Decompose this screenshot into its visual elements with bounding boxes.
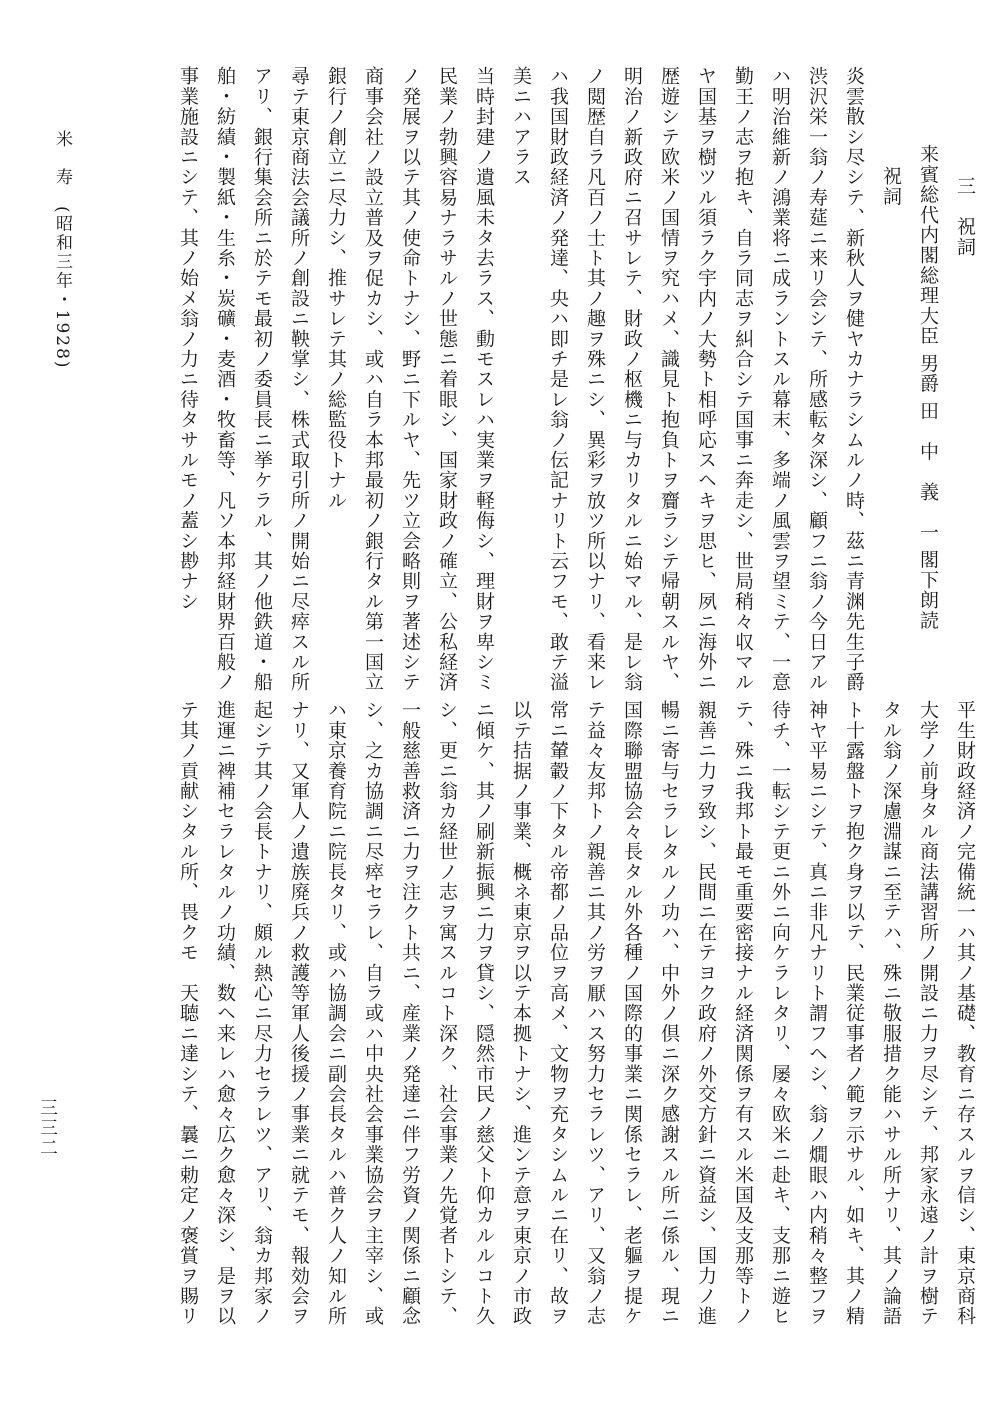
section-title: 三 祝詞	[946, 66, 983, 686]
text-column: 事業施設ニシテ、其ノ始メ翁ノ力ニ待タサルモノ蓋シ尠ナシ	[169, 66, 206, 686]
text-column: 待チ、一転シテ更ニ外ニ向ケラレタリ、屡々欧米ニ赴キ、支那ニ遊ヒ	[761, 700, 798, 1340]
text-column: シ、之カ協調ニ尽瘁セラレ、自ラ或ハ中央社会事業協会ヲ主宰シ、或	[354, 700, 391, 1340]
running-header: 米 寿 (昭和三年・1928)	[50, 130, 75, 370]
speaker-line: 来賓総代内閣総理大臣 男爵 田 中 義 一 閣下朗読	[909, 66, 946, 686]
page-number: 三三二	[34, 1098, 60, 1158]
text-column: 神ヤ平易ニシテ、真ニ非凡ナリト謂フヘシ、翁ノ燗眼ハ内稍々整フヲ	[798, 700, 835, 1340]
text-column: 大学ノ前身タル商法講習所ノ開設ニ力ヲ尽シテ、邦家永遠ノ計ヲ樹テ	[909, 700, 946, 1340]
text-column: 常ニ輦轂ノ下タル帝都ノ品位ヲ高メ、文物ヲ充タシムルニ在リ、故ヲ	[539, 700, 576, 1340]
text-column: 歴遊シテ欧米ノ国情ヲ究ハメ、識見ト抱負トヲ齎ラシテ帰朝スルヤ、	[650, 66, 687, 686]
text-column: テ、殊ニ我邦ト最モ重要密接ナル経済関係ヲ有スル米国及支那等トノ	[724, 700, 761, 1340]
text-column: 暢ニ寄与セラレタルノ功ハ、中外ノ倶ニ深ク感謝スル所ニ係ル、現ニ	[650, 700, 687, 1340]
text-column: タル翁ノ深慮淵謀ニ至テハ、殊ニ敬服措ク能ハサル所ナリ、其ノ論語	[872, 700, 909, 1340]
text-column: ヤ国基ヲ樹ツル須ラク宇内ノ大勢ト相呼応スヘキヲ思ヒ、夙ニ海外ニ	[687, 66, 724, 686]
text-column: ノ発展ヲ以テ其ノ使命トナシ、野ニ下ルヤ、先ツ立会略則ヲ著述シテ	[391, 66, 428, 686]
upper-text-block: 三 祝詞 来賓総代内閣総理大臣 男爵 田 中 義 一 閣下朗読 祝詞 炎雲散シ尽…	[23, 66, 983, 686]
text-column: 渋沢栄一翁ノ寿莚ニ来リ会シテ、所感転タ深シ、顧フニ翁ノ今日アル	[798, 66, 835, 686]
text-column: ハ明治維新ノ鴻業将ニ成ラントスル幕末、多端ノ風雲ヲ望ミテ、一意	[761, 66, 798, 686]
text-column: 民業ノ勃興容易ナラサルノ世態ニ着眼シ、国家財政ノ確立、公私経済	[428, 66, 465, 686]
text-column: 舶・紡績・製紙・生糸・炭礦・麦酒・牧畜等、凡ソ本邦経財界百般ノ	[206, 66, 243, 686]
text-column: 起シテ其ノ会長トナリ、頗ル熱心ニ尽力セラレツ、アリ、翁カ邦家ノ	[243, 700, 280, 1340]
text-column: 明治ノ新政府ニ召サレテ、財政ノ枢機ニ与カリタルニ始マル、是レ翁	[613, 66, 650, 686]
text-column: 炎雲散シ尽シテ、新秋人ヲ健ヤカナラシムルノ時、茲ニ青渊先生子爵	[835, 66, 872, 686]
text-column: 進運ニ裨補セラレタルノ功績、数ヘ来レハ愈々広ク愈々深シ、是ヲ以	[206, 700, 243, 1340]
text-column: ナリ、又軍人ノ遺族廃兵ノ救護等軍人後援ノ事業ニ就テモ、報効会ヲ	[280, 700, 317, 1340]
text-column: 以テ拮据ノ事業、概ネ東京ヲ以テ本拠トナシ、進ンテ意ヲ東京ノ市政	[502, 700, 539, 1340]
text-column: 平生財政経済ノ完備統一ハ其ノ基礎、教育ニ存スルヲ信シ、東京商科	[946, 700, 983, 1340]
section-number: 三	[954, 176, 976, 196]
text-column: テ其ノ貢献シタル所、畏クモ 天聴ニ達シテ、曩ニ勅定ノ褒賞ヲ賜リ	[169, 700, 206, 1340]
text-column: 勤王ノ志ヲ抱キ、自ラ同志ヲ糾合シテ国事ニ奔走シ、世局稍々収マル	[724, 66, 761, 686]
text-column: 一般慈善救済ニ力ヲ注クト共ニ、産業ノ発達ニ伴フ労資ノ関係ニ顧念	[391, 700, 428, 1340]
text-column: アリ、銀行集会所ニ於テモ最初ノ委員長ニ挙ケラル、其ノ他鉄道・船	[243, 66, 280, 686]
text-column: 親善ニ力ヲ致シ、民間ニ在テヨク政府ノ外交方針ニ資益シ、国力ノ進	[687, 700, 724, 1340]
section-title-text: 祝詞	[954, 216, 976, 256]
text-column: 尋テ東京商法会議所ノ創設ニ鞅掌シ、株式取引所ノ開始ニ尽瘁スル所	[280, 66, 317, 686]
text-column: 銀行ノ創立ニ尽力シ、推サレテ其ノ総監役トナル	[317, 66, 354, 686]
text-column: ハ東京養育院ニ院長タリ、或ハ協調会ニ副会長タルハ普ク人ノ知ル所	[317, 700, 354, 1340]
text-column: 美ニハアラス	[502, 66, 539, 686]
speech-heading: 祝詞	[872, 66, 909, 686]
text-column: テ益々友邦トノ親善ニ其ノ労ヲ厭ハス努力セラレツ、アリ、又翁ノ志	[576, 700, 613, 1340]
text-column: 商事会社ノ設立普及ヲ促カシ、或ハ自ラ本邦最初ノ銀行タル第一国立	[354, 66, 391, 686]
text-column: ハ我国財政経済ノ発達、央ハ即チ是レ翁ノ伝記ナリト云フモ、敢テ溢	[539, 66, 576, 686]
text-column: 国際聯盟協会々長タル外各種ノ国際的事業ニ関係セラレ、老軀ヲ提ケ	[613, 700, 650, 1340]
lower-text-block: 平生財政経済ノ完備統一ハ其ノ基礎、教育ニ存スルヲ信シ、東京商科 大学ノ前身タル商…	[83, 700, 983, 1340]
text-column: ニ傾ケ、其ノ刷新振興ニ力ヲ貸シ、隠然市民ノ慈父ト仰カルルコト久	[465, 700, 502, 1340]
text-column: シ、更ニ翁カ経世ノ志ヲ寓スルコト深ク、社会事業ノ先覚者トシテ、	[428, 700, 465, 1340]
text-column: ノ閲歴自ラ凡百ノ士ト其ノ趣ヲ殊ニシ、異彩ヲ放ツ所以ナリ、看来レ	[576, 66, 613, 686]
text-column: 当時封建ノ遺風未タ去ラス、動モスレハ実業ヲ軽侮シ、理財ヲ卑シミ	[465, 66, 502, 686]
text-column: ト十露盤トヲ抱ク身ヲ以テ、民業従事者ノ範ヲ示サル、如キ、其ノ精	[835, 700, 872, 1340]
